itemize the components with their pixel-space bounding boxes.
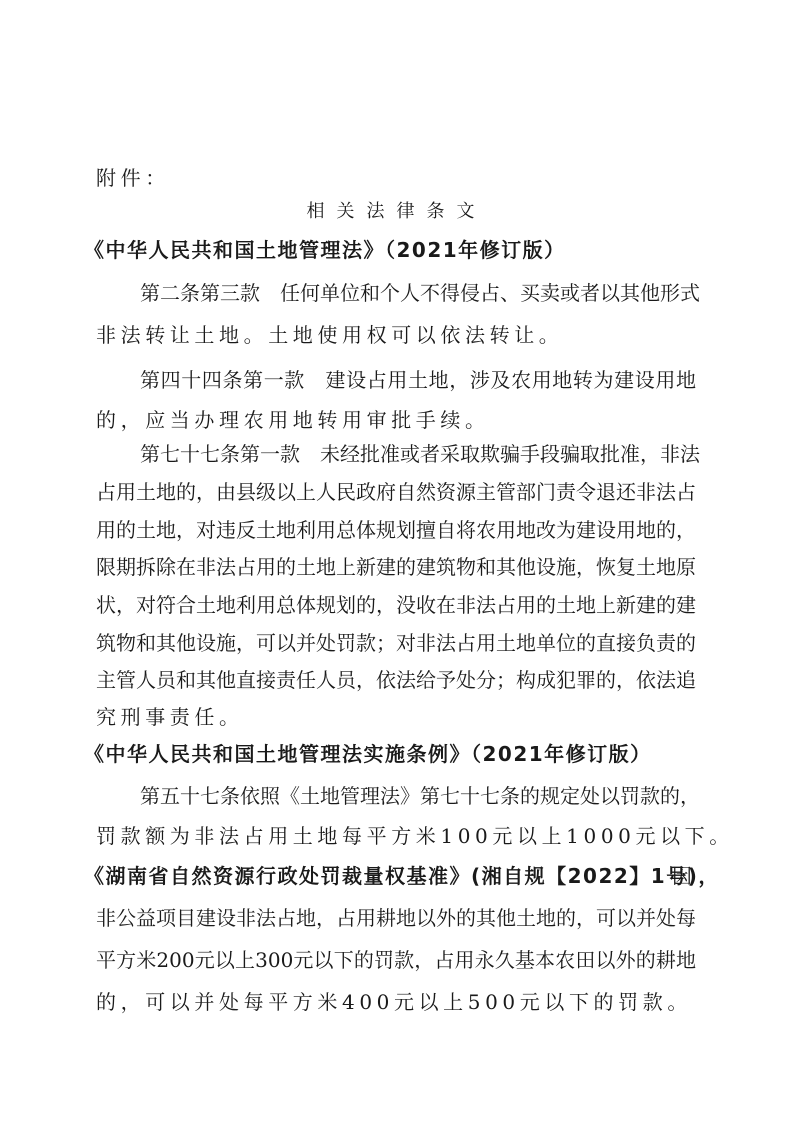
article-77-line-3: 用的土地，对违反土地利用总体规划擅自将农用地改为建设用地的，	[96, 516, 696, 544]
document-title: 相关法律条文	[0, 198, 793, 226]
article-77-line-2: 占用土地的，由县级以上人民政府自然资源主管部门责令退还非法占	[96, 478, 696, 506]
article-77-line-5: 状，对符合土地利用总体规划的，没收在非法占用的土地上新建的建	[96, 591, 696, 619]
article-57-line-2: 罚款额为非法占用土地每平方米100元以上1000元以下。	[96, 822, 696, 850]
article-77-line-4: 限期拆除在非法占用的土地上新建的建筑物和其他设施，恢复土地原	[96, 553, 696, 581]
article-77-line-7: 主管人员和其他直接责任人员，依法给予处分；构成犯罪的，依法追	[96, 666, 696, 694]
attachment-label: 附件：	[96, 164, 696, 192]
section-heading-implementing-regulations: 《中华人民共和国土地管理法实施条例》（2021年修订版）	[84, 740, 684, 768]
article-44-line-2: 的，应当办理农用地转用审批手续。	[96, 406, 696, 434]
hunan-standard-heading-tail: 因	[672, 862, 696, 890]
hunan-standard-line-1: 非公益项目建设非法占地，占用耕地以外的其他土地的，可以并处每	[96, 904, 696, 932]
article-44-line-1: 第四十四条第一款 建设占用土地，涉及农用地转为建设用地	[140, 366, 696, 394]
section-heading-hunan-standard: 《湖南省自然资源行政处罚裁量权基准》(湘自规【2022】1号)，	[84, 862, 654, 890]
article-77-line-1: 第七十七条第一款 未经批准或者采取欺骗手段骗取批准，非法	[140, 440, 696, 468]
article-77-line-8: 究刑事责任。	[96, 703, 696, 731]
article-2-line-1: 第二条第三款 任何单位和个人不得侵占、买卖或者以其他形式	[140, 279, 696, 307]
article-57-line-1: 第五十七条依照《土地管理法》第七十七条的规定处以罚款的，	[140, 782, 696, 810]
article-77-line-6: 筑物和其他设施，可以并处罚款；对非法占用土地单位的直接负责的	[96, 629, 696, 657]
section-heading-land-law: 《中华人民共和国土地管理法》（2021年修订版）	[84, 236, 684, 264]
hunan-standard-line-2: 平方米200元以上300元以下的罚款，占用永久基本农田以外的耕地	[96, 946, 696, 974]
hunan-standard-line-3: 的，可以并处每平方米400元以上500元以下的罚款。	[96, 988, 696, 1016]
article-2-line-2: 非法转让土地。土地使用权可以依法转让。	[96, 321, 696, 349]
